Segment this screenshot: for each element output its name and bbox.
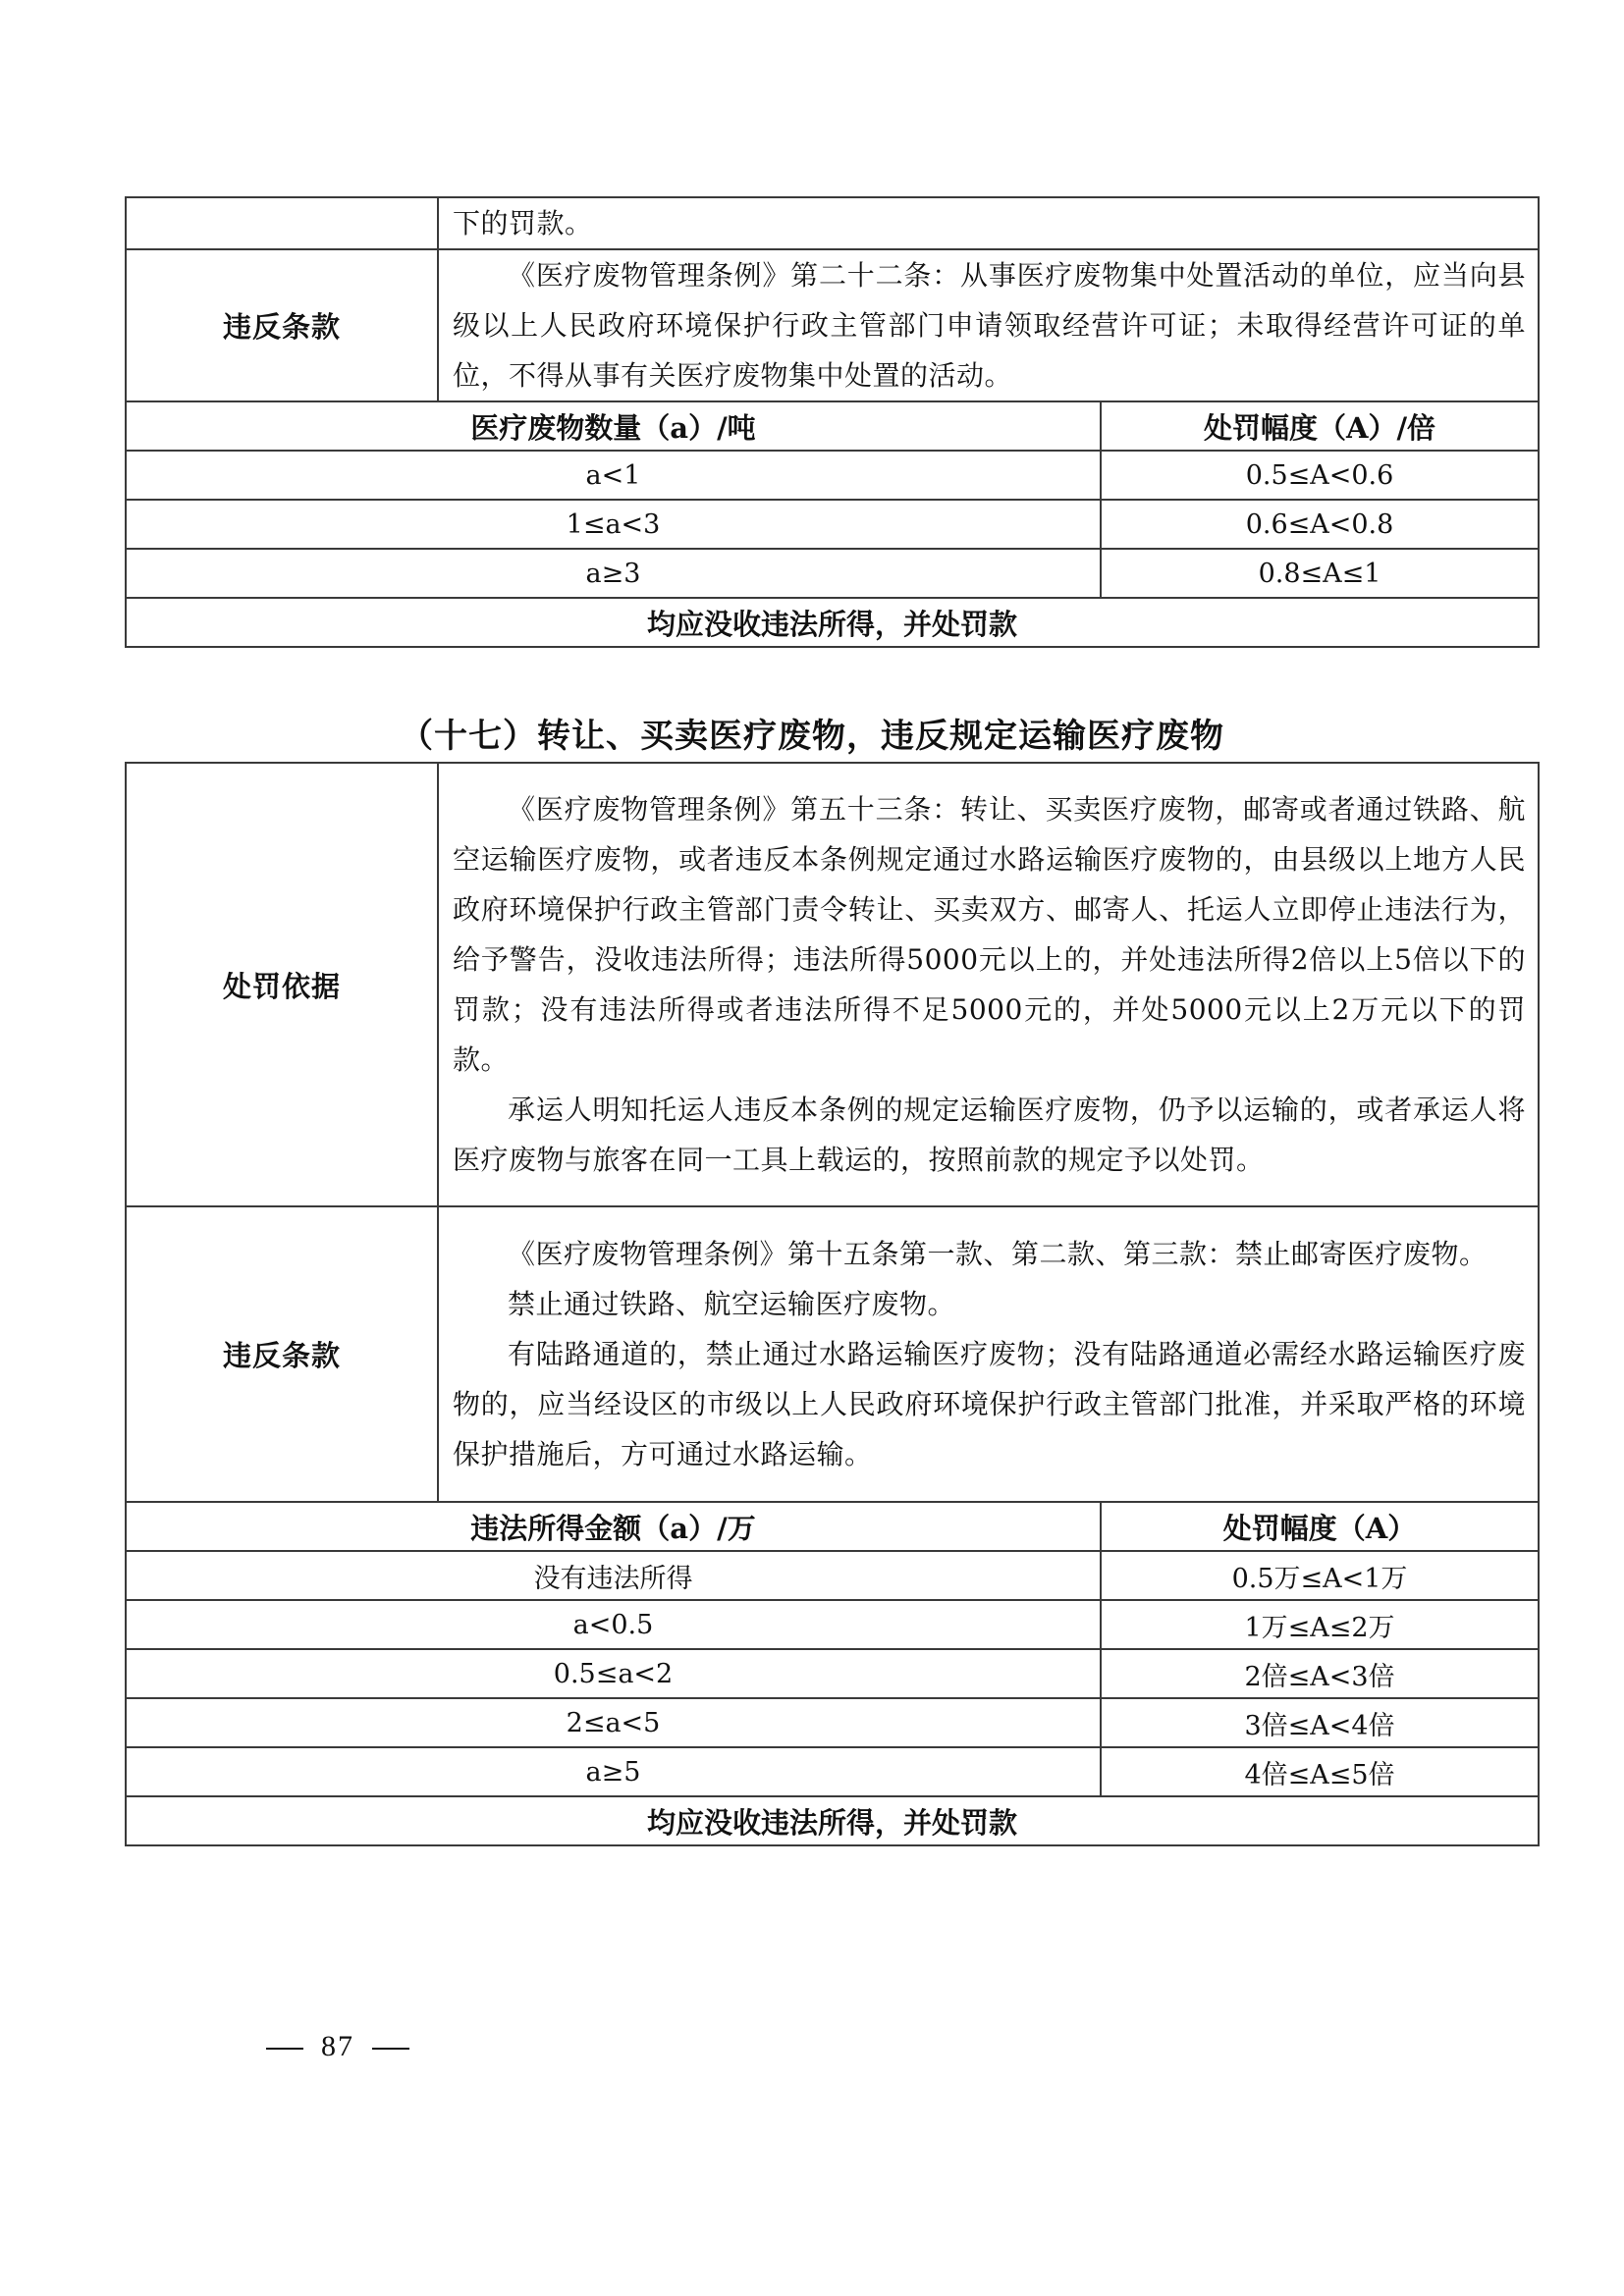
penalty-range-column-header: 处罚幅度（A）/倍 — [1101, 401, 1539, 451]
income-range: a<0.5 — [126, 1600, 1101, 1649]
violation-paragraph: 《医疗废物管理条例》第十五条第一款、第二款、第三款：禁止邮寄医疗废物。 — [453, 1229, 1526, 1279]
footer-row: 均应没收违法所得，并处罚款 — [126, 1796, 1539, 1845]
violation-paragraph: 《医疗废物管理条例》第二十二条：从事医疗废物集中处置活动的单位，应当向县级以上人… — [453, 250, 1526, 400]
empty-label-cell — [126, 197, 438, 249]
penalty-range: 0.6≤A<0.8 — [1101, 500, 1539, 549]
range-row: a<1 0.5≤A<0.6 — [126, 451, 1539, 500]
penalty-range: 3倍≤A<4倍 — [1101, 1698, 1539, 1747]
income-range: 0.5≤a<2 — [126, 1649, 1101, 1698]
dash-left — [266, 2048, 303, 2050]
range-row: 2≤a<5 3倍≤A<4倍 — [126, 1698, 1539, 1747]
basis-paragraph: 承运人明知托运人违反本条例的规定运输医疗废物，仍予以运输的，或者承运人将医疗废物… — [453, 1085, 1526, 1185]
violation-row: 违反条款 《医疗废物管理条例》第十五条第一款、第二款、第三款：禁止邮寄医疗废物。… — [126, 1206, 1539, 1502]
violation-text-cell: 《医疗废物管理条例》第十五条第一款、第二款、第三款：禁止邮寄医疗废物。 禁止通过… — [438, 1206, 1539, 1502]
penalty-range: 1万≤A≤2万 — [1101, 1600, 1539, 1649]
income-column-header: 违法所得金额（a）/万 — [126, 1502, 1101, 1551]
range-header-row: 医疗废物数量（a）/吨 处罚幅度（A）/倍 — [126, 401, 1539, 451]
income-range: 2≤a<5 — [126, 1698, 1101, 1747]
penalty-range: 0.5≤A<0.6 — [1101, 451, 1539, 500]
penalty-table-16-continued: 下的罚款。 违反条款 《医疗废物管理条例》第二十二条：从事医疗废物集中处置活动的… — [125, 196, 1540, 648]
penalty-table-17: 处罚依据 《医疗废物管理条例》第五十三条：转让、买卖医疗废物，邮寄或者通过铁路、… — [125, 762, 1540, 1846]
range-row: 0.5≤a<2 2倍≤A<3倍 — [126, 1649, 1539, 1698]
section-title: （十七）转让、买卖医疗废物，违反规定运输医疗废物 — [0, 709, 1624, 757]
range-header-row: 违法所得金额（a）/万 处罚幅度（A） — [126, 1502, 1539, 1551]
range-row: 1≤a<3 0.6≤A<0.8 — [126, 500, 1539, 549]
basis-label: 处罚依据 — [126, 763, 438, 1206]
basis-paragraph: 《医疗废物管理条例》第五十三条：转让、买卖医疗废物，邮寄或者通过铁路、航空运输医… — [453, 784, 1526, 1085]
violation-text-cell: 《医疗废物管理条例》第二十二条：从事医疗废物集中处置活动的单位，应当向县级以上人… — [438, 249, 1539, 401]
page-number-text: 87 — [321, 2030, 354, 2062]
penalty-range: 0.5万≤A<1万 — [1101, 1551, 1539, 1600]
confiscation-note: 均应没收违法所得，并处罚款 — [126, 598, 1539, 647]
quantity-range: 1≤a<3 — [126, 500, 1101, 549]
income-range: 没有违法所得 — [126, 1551, 1101, 1600]
violation-row: 违反条款 《医疗废物管理条例》第二十二条：从事医疗废物集中处置活动的单位，应当向… — [126, 249, 1539, 401]
confiscation-note: 均应没收违法所得，并处罚款 — [126, 1796, 1539, 1845]
violation-paragraph: 禁止通过铁路、航空运输医疗废物。 — [453, 1279, 1526, 1329]
continuation-text-cell: 下的罚款。 — [438, 197, 1539, 249]
range-row: a<0.5 1万≤A≤2万 — [126, 1600, 1539, 1649]
range-row: a≥5 4倍≤A≤5倍 — [126, 1747, 1539, 1796]
violation-label: 违反条款 — [126, 249, 438, 401]
continuation-text: 下的罚款。 — [453, 198, 1526, 248]
dash-right — [372, 2048, 409, 2050]
basis-row: 处罚依据 《医疗废物管理条例》第五十三条：转让、买卖医疗废物，邮寄或者通过铁路、… — [126, 763, 1539, 1206]
quantity-range: a<1 — [126, 451, 1101, 500]
continuation-row: 下的罚款。 — [126, 197, 1539, 249]
penalty-range: 0.8≤A≤1 — [1101, 549, 1539, 598]
footer-row: 均应没收违法所得，并处罚款 — [126, 598, 1539, 647]
violation-label: 违反条款 — [126, 1206, 438, 1502]
quantity-range: a≥3 — [126, 549, 1101, 598]
basis-text-cell: 《医疗废物管理条例》第五十三条：转让、买卖医疗废物，邮寄或者通过铁路、航空运输医… — [438, 763, 1539, 1206]
quantity-column-header: 医疗废物数量（a）/吨 — [126, 401, 1101, 451]
income-range: a≥5 — [126, 1747, 1101, 1796]
penalty-range: 2倍≤A<3倍 — [1101, 1649, 1539, 1698]
penalty-range-column-header: 处罚幅度（A） — [1101, 1502, 1539, 1551]
range-row: 没有违法所得 0.5万≤A<1万 — [126, 1551, 1539, 1600]
violation-paragraph: 有陆路通道的，禁止通过水路运输医疗废物；没有陆路通道必需经水路运输医疗废物的，应… — [453, 1329, 1526, 1479]
penalty-range: 4倍≤A≤5倍 — [1101, 1747, 1539, 1796]
range-row: a≥3 0.8≤A≤1 — [126, 549, 1539, 598]
page-number: 87 — [248, 2030, 427, 2063]
